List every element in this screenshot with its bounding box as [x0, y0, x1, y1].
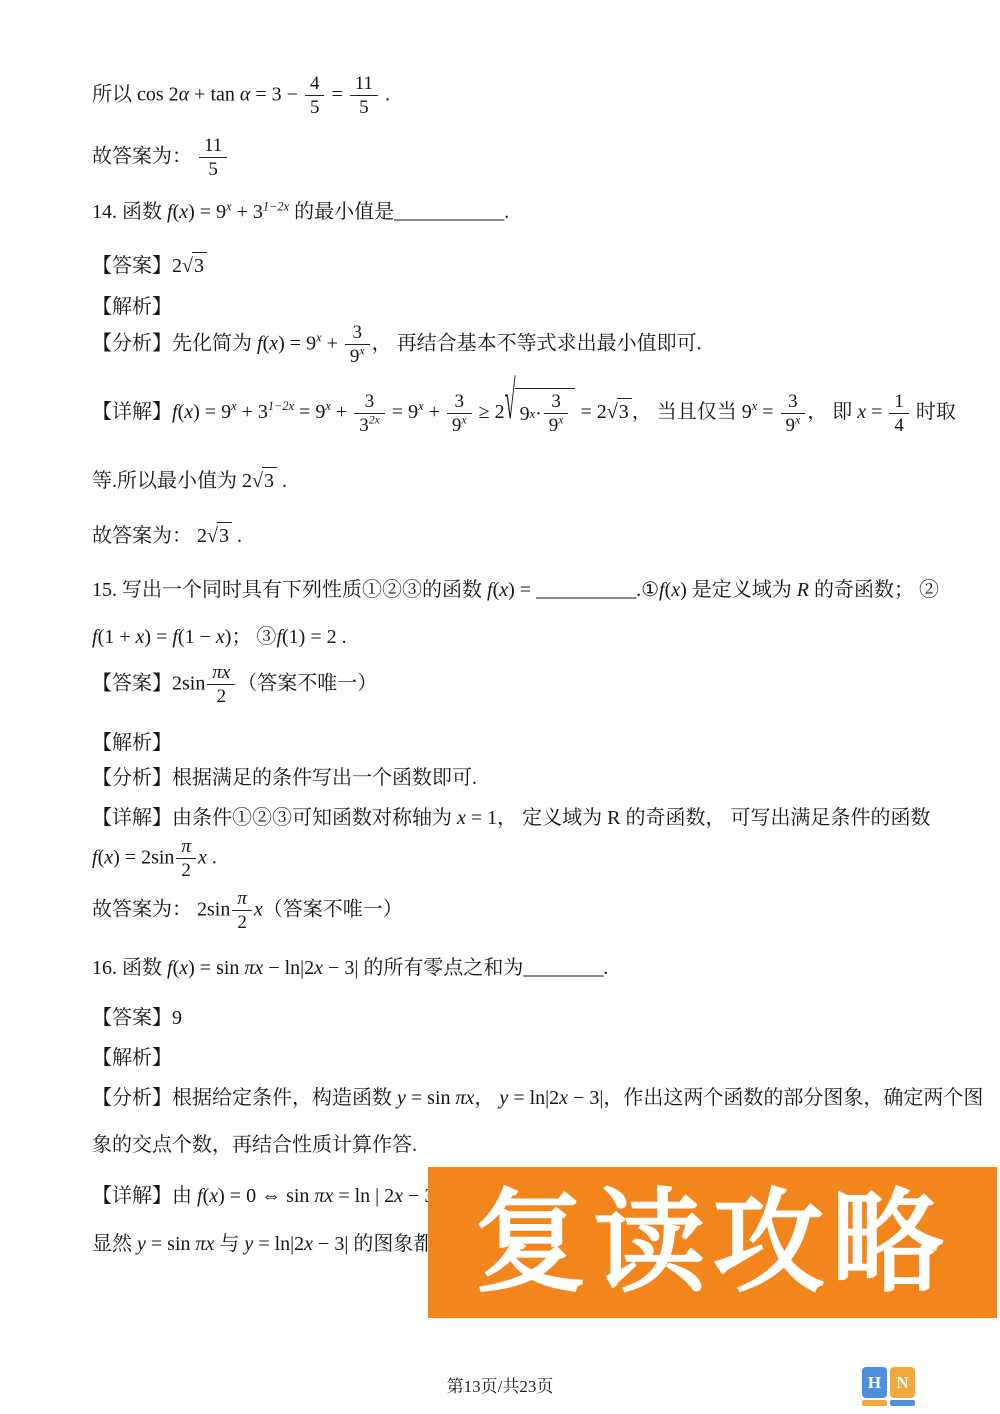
line-16-xiangjie-cont: 显然 y = sin πx 与 y = ln|2x − 3| 的图象都关 [92, 1231, 453, 1257]
line-14-answer: 【答案】2√3 [92, 252, 207, 279]
line-13-conclusion: 所以 cos 2α + tan α = 3 − 45 = 115 . [92, 73, 390, 119]
line-14-xiangjie-cont: 等.所以最小值为 2√3 . [92, 467, 287, 494]
line-15-answer: 【答案】2sinπx2（答案不唯一） [92, 662, 377, 708]
line-16-fenxi: 【分析】根据给定条件，构造函数 y = sin πx， y = ln|2x − … [92, 1085, 983, 1111]
line-15-question: 15. 写出一个同时具有下列性质①②③的函数 f(x) = __________… [92, 577, 939, 603]
line-13-final-answer: 故答案为： 115 [92, 135, 229, 181]
line-15-xiangjie: 【详解】由条件①②③可知函数对称轴为 x = 1， 定义域为 R 的奇函数， 可… [92, 805, 931, 831]
logo-n-tile: N [890, 1367, 915, 1398]
line-14-fenxi: 【分析】先化简为 f(x) = 9x + 39x， 再结合基本不等式求出最小值即… [92, 322, 702, 368]
promo-banner: 复读攻略 [428, 1167, 997, 1318]
promo-banner-text: 复读攻略 [475, 1187, 951, 1299]
line-16-fenxi-cont: 象的交点个数，再结合性质计算作答. [92, 1132, 417, 1158]
hn-logo: H N [862, 1367, 915, 1406]
line-16-question: 16. 函数 f(x) = sin πx − ln|2x − 3| 的所有零点之… [92, 955, 608, 981]
line-15-fenxi: 【分析】根据满足的条件写出一个函数即可. [92, 765, 477, 791]
line-15-jiexi-label: 【解析】 [92, 730, 172, 756]
line-16-answer: 【答案】9 [92, 1005, 182, 1031]
logo-h-bar [862, 1400, 887, 1406]
line-15-final-answer: 故答案为： 2sinπ2x（答案不唯一） [92, 888, 403, 934]
logo-h-letter: H [868, 1373, 881, 1393]
line-14-xiangjie: 【详解】f(x) = 9x + 31−2x = 9x + 332x = 9x +… [92, 388, 956, 439]
logo-n-letter: N [896, 1373, 908, 1393]
logo-left-column: H [862, 1367, 887, 1406]
line-14-final-answer: 故答案为： 2√3 . [92, 522, 242, 549]
line-16-jiexi-label: 【解析】 [92, 1045, 172, 1071]
document-page: 所以 cos 2α + tan α = 3 − 45 = 115 . 故答案为：… [0, 0, 1000, 1414]
page-number: 第13页/共23页 [0, 1372, 1000, 1397]
logo-n-bar [890, 1400, 915, 1406]
logo-h-tile: H [862, 1367, 887, 1398]
line-16-xiangjie: 【详解】由 f(x) = 0 ⇔ sin πx = ln | 2x − 3 [92, 1183, 434, 1209]
line-14-question: 14. 函数 f(x) = 9x + 31−2x 的最小值是__________… [92, 199, 509, 225]
logo-right-column: N [890, 1367, 915, 1406]
line-14-jiexi-label: 【解析】 [92, 294, 172, 320]
line-15-question-cont: f(1 + x) = f(1 − x)； ③f(1) = 2 . [92, 624, 347, 650]
line-15-xiangjie-formula: f(x) = 2sinπ2x . [92, 836, 217, 882]
